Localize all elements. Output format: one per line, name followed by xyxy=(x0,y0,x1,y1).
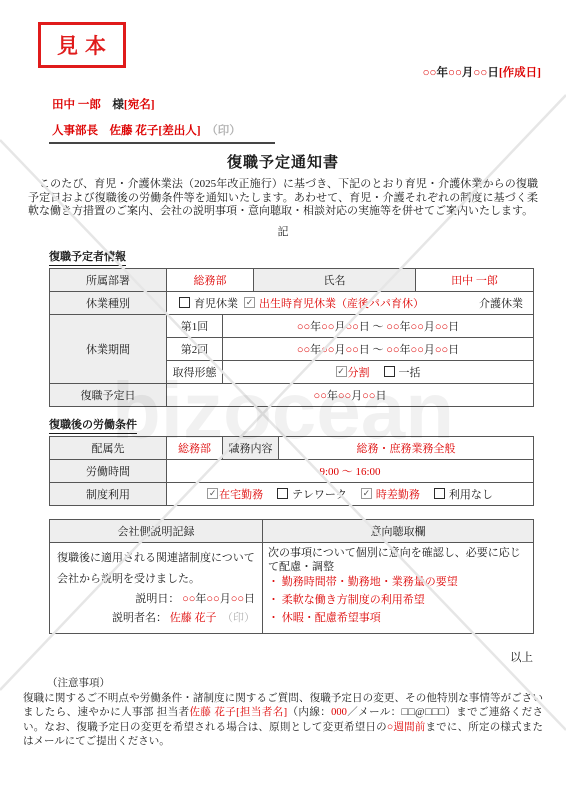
sample-stamp: 見本 xyxy=(38,22,126,68)
date-circles: ○○ xyxy=(182,593,195,605)
date-circles: ○○ xyxy=(345,344,358,356)
name-value-cell: 田中 一郎 xyxy=(416,268,534,291)
hearing-item-text: 勤務時間帯・勤務地・業務量の要望 xyxy=(282,576,458,588)
sender-line: 人事部長 佐藤 花子[差出人] （印） xyxy=(49,122,275,144)
option-label: 分割 xyxy=(348,364,370,380)
leave-type-label-cell: 休業種別 xyxy=(50,291,167,314)
option-staggered-hours: ✓ 時差勤務 xyxy=(361,486,420,502)
date-year-kanji: 年 xyxy=(400,344,411,356)
leave-type-options-cell: 育児休業 ✓ 出生時育児休業（産後パパ育休） 介護休業 xyxy=(167,291,534,314)
checkbox-unchecked-icon xyxy=(384,366,395,377)
period1-value-cell: ○○年○○月○○日 ～ ○○年○○月○○日 xyxy=(223,314,534,337)
section1-heading: 復職予定者情報 xyxy=(49,248,126,266)
dept-label-cell: 所属部署 xyxy=(50,268,167,291)
intro-paragraph: このたび、育児・介護休業法（2025年改正施行）に基づき、下記のとおり育児・介護… xyxy=(28,178,538,219)
deadline-weeks: ○週間前 xyxy=(387,722,426,733)
date-circles: ○○ xyxy=(321,321,334,333)
date-day-kanji: 日 xyxy=(359,344,370,356)
date-circles: ○○ xyxy=(386,321,399,333)
hearing-item-text: 休暇・配慮希望事項 xyxy=(282,612,381,624)
date-day-kanji: 日 xyxy=(244,593,255,605)
contact-person-name: 佐藤 花子[担当者名] xyxy=(190,707,288,718)
sender-line-wrap: 人事部長 佐藤 花子[差出人] （印） xyxy=(49,122,566,144)
addressee-tag: [宛名] xyxy=(124,99,155,111)
date-circles: ○○ xyxy=(338,390,351,402)
hours-label-cell: 労働時間 xyxy=(50,459,167,482)
return-date-label-cell: 復職予定日 xyxy=(50,383,167,406)
intention-hearing-body-cell: 次の事項について個別に意向を確認し、必要に応じて配慮・調整 ・ 勤務時間帯・勤務… xyxy=(263,542,534,633)
date-circles: ○○ xyxy=(362,390,375,402)
explanation-line1: 復職後に適用される関連諸制度について xyxy=(57,548,255,569)
addressee-honorific: 様 xyxy=(112,99,124,111)
table-row: 復職後に適用される関連諸制度について 会社から説明を受けました。 説明日： ○○… xyxy=(50,542,534,633)
notes-text: （内線： xyxy=(287,707,331,718)
checkbox-checked-icon: ✓ xyxy=(336,366,347,377)
company-explanation-body-cell: 復職後に適用される関連諸制度について 会社から説明を受けました。 説明日： ○○… xyxy=(50,542,263,633)
date-circles: ○○ xyxy=(411,344,424,356)
check-glyph: ✓ xyxy=(337,367,345,376)
document-page: bizocean 見本 ○○年○○月○○日[作成日] 田中 一郎 様[宛名] 人… xyxy=(0,0,566,800)
option-split: ✓ 分割 xyxy=(336,364,370,380)
leave-type-options: 育児休業 ✓ 出生時育児休業（産後パパ育休） 介護休業 xyxy=(171,295,529,311)
checkbox-unchecked-icon xyxy=(277,488,288,499)
explainer-name-label: 説明者名： xyxy=(112,612,167,624)
date-circles: ○○ xyxy=(345,321,358,333)
date-day-kanji: 日 xyxy=(375,390,386,402)
checkbox-unchecked-icon xyxy=(434,488,445,499)
seal-placeholder: （印） xyxy=(212,125,241,137)
option-nursing-leave: 介護休業 xyxy=(479,295,529,311)
leave-period-label-cell: 休業期間 xyxy=(50,314,167,383)
checkbox-checked-icon: ✓ xyxy=(244,297,255,308)
hearing-item: ・ 勤務時間帯・勤務地・業務量の要望 xyxy=(268,574,528,592)
name-label-cell: 氏名 xyxy=(254,268,416,291)
acquisition-form-options-cell: ✓ 分割 一括 xyxy=(223,360,534,383)
option-lump-sum: 一括 xyxy=(384,364,421,380)
period2-value-cell: ○○年○○月○○日 ～ ○○年○○月○○日 xyxy=(223,337,534,360)
option-label: 時差勤務 xyxy=(376,486,420,502)
date-month-kanji: 月 xyxy=(462,67,474,79)
table-row: 所属部署 総務部 氏名 田中 一郎 xyxy=(50,268,534,291)
system-use-options-cell: ✓ 在宅勤務 テレワーク ✓ 時差勤務 利用なし xyxy=(167,482,534,505)
notes-paragraph: 復職に関するご不明点や労働条件・諸制度に関するご質問、復職予定日の変更、その他特… xyxy=(23,692,543,750)
date-day-kanji: 日 xyxy=(487,67,499,79)
option-work-from-home: ✓ 在宅勤務 xyxy=(207,486,263,502)
checkbox-checked-icon: ✓ xyxy=(361,488,372,499)
bullet: ・ xyxy=(268,612,279,624)
notes-block: （注意事項） 復職に関するご不明点や労働条件・諸制度に関するご質問、復職予定日の… xyxy=(23,677,543,749)
option-label: テレワーク xyxy=(292,486,347,502)
explainer-name-line: 説明者名： 佐藤 花子 （印） xyxy=(57,609,255,628)
check-glyph: ✓ xyxy=(363,489,371,498)
date-circles: ○○ xyxy=(386,344,399,356)
period1-label-cell: 第1回 xyxy=(167,314,223,337)
working-conditions-table: 配属先 総務部 職務内容 総務・庶務業務全般 労働時間 9:00 ～ 16:00… xyxy=(49,436,534,506)
date-month-kanji: 月 xyxy=(351,390,362,402)
option-label: 一括 xyxy=(399,364,421,380)
dept-value-cell: 総務部 xyxy=(167,268,254,291)
sender-name: 人事部長 佐藤 花子 xyxy=(52,125,158,137)
hearing-item-text: 柔軟な働き方制度の利用希望 xyxy=(282,594,425,606)
date-month-kanji: 月 xyxy=(424,344,435,356)
explanation-record-table: 会社側説明記録 意向聴取欄 復職後に適用される関連諸制度について 会社から説明を… xyxy=(49,519,534,634)
addressee-line: 田中 一郎 様[宛名] xyxy=(52,96,566,112)
date-circles: ○○ xyxy=(411,321,424,333)
hours-value-cell: 9:00 ～ 16:00 xyxy=(167,459,534,482)
date-year-kanji: 年 xyxy=(400,321,411,333)
date-month-kanji: 月 xyxy=(334,344,345,356)
date-year-kanji: 年 xyxy=(327,390,338,402)
option-no-use: 利用なし xyxy=(434,486,493,502)
date-circles: ○○ xyxy=(435,321,448,333)
tilde: ～ xyxy=(373,344,384,356)
date-year-kanji: 年 xyxy=(310,344,321,356)
date-day-kanji: 日 xyxy=(448,321,459,333)
date-circles: ○○ xyxy=(473,67,487,79)
date-circles: ○○ xyxy=(231,593,244,605)
period2-label-cell: 第2回 xyxy=(167,337,223,360)
table-row: 配属先 総務部 職務内容 総務・庶務業務全般 xyxy=(50,436,534,459)
date-circles: ○○ xyxy=(435,344,448,356)
date-circles: ○○ xyxy=(448,67,462,79)
bullet: ・ xyxy=(268,594,279,606)
date-circles: ○○ xyxy=(314,390,327,402)
date-circles: ○○ xyxy=(206,593,219,605)
assignment-value-cell: 総務部 xyxy=(167,436,223,459)
date-month-kanji: 月 xyxy=(220,593,231,605)
ki-marker: 記 xyxy=(0,223,566,239)
date-month-kanji: 月 xyxy=(334,321,345,333)
option-label: 出生時育児休業（産後パパ育休） xyxy=(259,295,424,311)
option-label: 育児休業 xyxy=(194,295,238,311)
hearing-item: ・ 柔軟な働き方制度の利用希望 xyxy=(268,592,528,610)
date-circles: ○○ xyxy=(423,67,437,79)
date-circles: ○○ xyxy=(297,344,310,356)
closing-word: 以上 xyxy=(0,649,533,665)
explainer-name: 佐藤 花子 xyxy=(170,612,217,624)
date-circles: ○○ xyxy=(321,344,334,356)
check-glyph: ✓ xyxy=(246,298,254,307)
checkbox-unchecked-icon xyxy=(179,297,190,308)
table-row: 労働時間 9:00 ～ 16:00 xyxy=(50,459,534,482)
return-date-value-cell: ○○年○○月○○日 xyxy=(167,383,534,406)
acquisition-form-label-cell: 取得形態 xyxy=(167,360,223,383)
date-day-kanji: 日 xyxy=(359,321,370,333)
date-month-kanji: 月 xyxy=(424,321,435,333)
table-row: 休業期間 第1回 ○○年○○月○○日 ～ ○○年○○月○○日 xyxy=(50,314,534,337)
extension-number: 000 xyxy=(331,707,347,718)
option-label: 在宅勤務 xyxy=(219,486,263,502)
hearing-intro: 次の事項について個別に意向を確認し、必要に応じて配慮・調整 xyxy=(268,546,528,575)
check-glyph: ✓ xyxy=(209,489,217,498)
date-year-kanji: 年 xyxy=(437,67,449,79)
option-telework: テレワーク xyxy=(277,486,347,502)
intention-hearing-header-cell: 意向聴取欄 xyxy=(263,519,534,542)
creation-date-tag: [作成日] xyxy=(499,67,541,79)
addressee-name: 田中 一郎 xyxy=(52,99,101,111)
section2-heading: 復職後の労働条件 xyxy=(49,416,137,434)
returnee-info-table: 所属部署 総務部 氏名 田中 一郎 休業種別 育児休業 ✓ 出生時育児休業（産後… xyxy=(49,268,534,407)
table-row: 休業種別 育児休業 ✓ 出生時育児休業（産後パパ育休） 介護休業 xyxy=(50,291,534,314)
date-year-kanji: 年 xyxy=(310,321,321,333)
date-year-kanji: 年 xyxy=(195,593,206,605)
option-postnatal-leave: ✓ 出生時育児休業（産後パパ育休） xyxy=(244,295,424,311)
company-explanation-header-cell: 会社側説明記録 xyxy=(50,519,263,542)
option-label: 利用なし xyxy=(449,486,493,502)
table-row: 制度利用 ✓ 在宅勤務 テレワーク ✓ 時差勤務 xyxy=(50,482,534,505)
system-use-label-cell: 制度利用 xyxy=(50,482,167,505)
duty-value-cell: 総務・庶務業務全般 xyxy=(279,436,534,459)
bullet: ・ xyxy=(268,576,279,588)
option-label: 介護休業 xyxy=(479,295,523,311)
acquisition-form-options: ✓ 分割 一括 xyxy=(227,364,529,380)
date-day-kanji: 日 xyxy=(448,344,459,356)
document-title: 復職予定通知書 xyxy=(0,151,566,172)
table-row: 会社側説明記録 意向聴取欄 xyxy=(50,519,534,542)
explanation-line2: 会社から説明を受けました。 xyxy=(57,569,255,590)
hearing-item: ・ 休暇・配慮希望事項 xyxy=(268,610,528,628)
explanation-date-label: 説明日： xyxy=(135,593,179,605)
table-row: 復職予定日 ○○年○○月○○日 xyxy=(50,383,534,406)
assignment-label-cell: 配属先 xyxy=(50,436,167,459)
system-use-options: ✓ 在宅勤務 テレワーク ✓ 時差勤務 利用なし xyxy=(171,486,529,502)
tilde: ～ xyxy=(373,321,384,333)
date-circles: ○○ xyxy=(297,321,310,333)
notes-heading: （注意事項） xyxy=(47,677,543,691)
option-childcare-leave: 育児休業 xyxy=(179,295,238,311)
seal-placeholder: （印） xyxy=(228,612,256,624)
sender-tag: [差出人] xyxy=(158,125,200,137)
duty-label-cell: 職務内容 xyxy=(223,436,279,459)
checkbox-checked-icon: ✓ xyxy=(207,488,218,499)
explanation-date-line: 説明日： ○○年○○月○○日 xyxy=(57,590,255,609)
